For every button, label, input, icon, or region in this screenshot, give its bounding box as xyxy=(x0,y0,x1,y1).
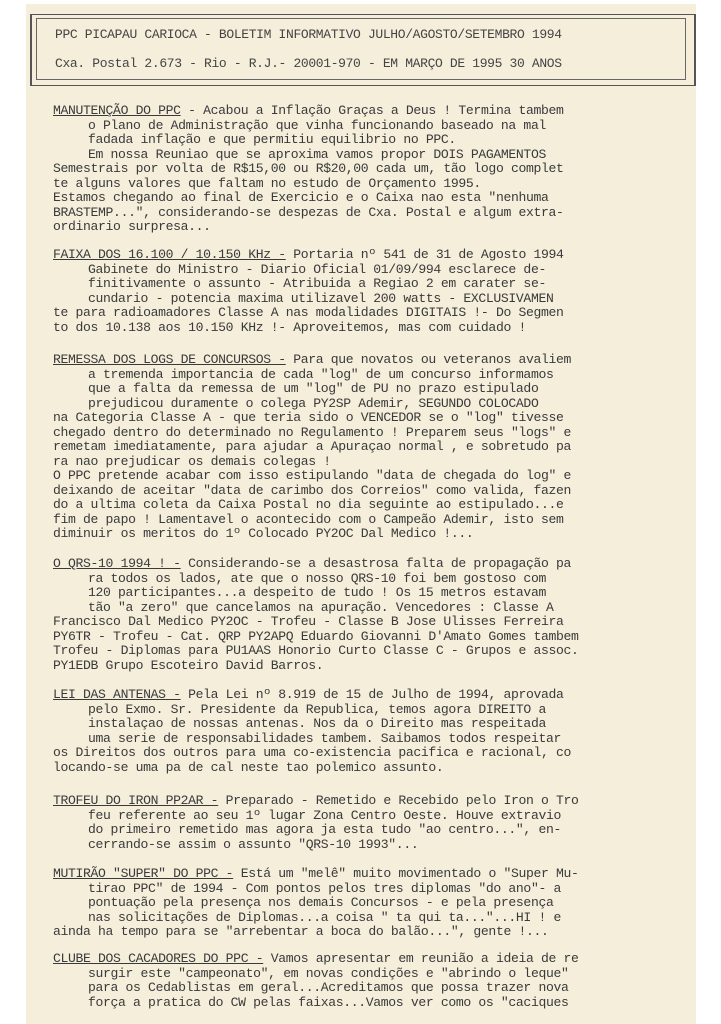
text-line: Estamos chegando ao final de Exercicio e… xyxy=(53,191,693,206)
article-section: MUTIRÃO "SUPER" DO PPC - Está um "melê" … xyxy=(53,867,693,940)
line-text: Portaria nº 541 de 31 de Agosto 1994 xyxy=(286,247,564,262)
line-text: te para radioamadores Classe A nas modal… xyxy=(53,305,564,320)
line-text: instalaçao de nossas antenas. Nos da o D… xyxy=(88,716,546,731)
text-line: diminuir os meritos do 1º Colocado PY2OC… xyxy=(53,527,693,542)
text-line: FAIXA DOS 16.100 / 10.150 KHz - Portaria… xyxy=(53,248,693,263)
line-text: surgir este "campeonato", em novas condi… xyxy=(88,966,568,981)
text-line: pontuação pela presença nos demais Concu… xyxy=(53,896,693,911)
line-text: locando-se uma pa de cal neste tao polem… xyxy=(53,760,443,775)
text-line: prejudicou duramente o colega PY2SP Adem… xyxy=(53,397,693,412)
text-line: O PPC pretende acabar com isso estipulan… xyxy=(53,469,693,484)
text-line: CLUBE DOS CACADORES DO PPC - Vamos apres… xyxy=(53,952,693,967)
line-text: uma serie de responsabilidades tambem. S… xyxy=(88,731,561,746)
text-line: uma serie de responsabilidades tambem. S… xyxy=(53,732,693,747)
text-line: te para radioamadores Classe A nas modal… xyxy=(53,306,693,321)
article-section: LEI DAS ANTENAS - Pela Lei nº 8.919 de 1… xyxy=(53,688,693,775)
line-text: nas solicitações de Diplomas...a coisa "… xyxy=(88,910,561,925)
text-line: na Categoria Classe A - que teria sido o… xyxy=(53,411,693,426)
text-line: feu referente ao seu 1º lugar Zona Centr… xyxy=(53,809,693,824)
line-text: fadada inflação e que permitiu equilibri… xyxy=(88,132,456,147)
text-line: Francisco Dal Medico PY2OC - Trofeu - Cl… xyxy=(53,615,693,630)
text-line: BRASTEMP...", considerando-se despezas d… xyxy=(53,206,693,221)
text-line: MANUTENÇÃO DO PPC - Acabou a Inflação Gr… xyxy=(53,104,693,119)
section-title: FAIXA DOS 16.100 / 10.150 KHz - xyxy=(53,247,286,262)
section-title: O QRS-10 1994 ! - xyxy=(53,556,181,571)
line-text: a tremenda importancia de cada "log" de … xyxy=(88,367,553,382)
article-section: O QRS-10 1994 ! - Considerando-se a desa… xyxy=(53,557,693,673)
line-text: o Plano de Administração que vinha funci… xyxy=(88,118,546,133)
line-text: Vamos apresentar em reunião a ideia de r… xyxy=(263,951,578,966)
text-line: nas solicitações de Diplomas...a coisa "… xyxy=(53,911,693,926)
text-line: a tremenda importancia de cada "log" de … xyxy=(53,368,693,383)
section-title: TROFEU DO IRON PP2AR - xyxy=(53,793,218,808)
line-text: na Categoria Classe A - que teria sido o… xyxy=(53,410,564,425)
line-text: feu referente ao seu 1º lugar Zona Centr… xyxy=(88,808,561,823)
section-title: MANUTENÇÃO DO PPC xyxy=(53,103,181,118)
line-text: Trofeu - Diplomas para PU1AAS Honorio Cu… xyxy=(53,643,579,658)
line-text: finitivamente o assunto - Atribuida a Re… xyxy=(88,276,546,291)
text-line: cerrando-se assim o assunto "QRS-10 1993… xyxy=(53,838,693,853)
text-line: tirao PPC" de 1994 - Com pontos pelos tr… xyxy=(53,882,693,897)
line-text: PY1EDB Grupo Escoteiro David Barros. xyxy=(53,658,323,673)
text-line: para os Cedablistas em geral...Acreditam… xyxy=(53,981,693,996)
line-text: deixando de aceitar "data de carimbo dos… xyxy=(53,483,571,498)
section-title: LEI DAS ANTENAS - xyxy=(53,687,181,702)
text-line: ordinario surpresa... xyxy=(53,220,693,235)
text-line: fadada inflação e que permitiu equilibri… xyxy=(53,133,693,148)
line-text: to dos 10.138 aos 10.150 KHz !- Aproveit… xyxy=(53,320,526,335)
line-text: Pela Lei nº 8.919 de 15 de Julho de 1994… xyxy=(181,687,564,702)
text-line: o Plano de Administração que vinha funci… xyxy=(53,119,693,134)
line-text: pontuação pela presença nos demais Concu… xyxy=(88,895,553,910)
line-text: Considerando-se a desastrosa falta de pr… xyxy=(181,556,571,571)
line-text: para os Cedablistas em geral...Acreditam… xyxy=(88,980,568,995)
line-text: do primeiro remetido mas agora ja esta t… xyxy=(88,822,561,837)
line-text: remetam imediatamente, para ajudar a Apu… xyxy=(53,439,571,454)
text-line: Em nossa Reuniao que se aproxima vamos p… xyxy=(53,148,693,163)
text-line: do a ultima coleta da Caixa Postal no di… xyxy=(53,498,693,513)
line-text: fim de papo ! Lamentavel o acontecido co… xyxy=(53,512,564,527)
text-line: finitivamente o assunto - Atribuida a Re… xyxy=(53,277,693,292)
bulletin-address: Cxa. Postal 2.673 - Rio - R.J.- 20001-97… xyxy=(55,56,562,71)
text-line: Gabinete do Ministro - Diario Oficial 01… xyxy=(53,263,693,278)
text-line: Semestrais por volta de R$15,00 ou R$20,… xyxy=(53,162,693,177)
line-text: Está um "melê" muito movimentado o "Supe… xyxy=(233,866,578,881)
line-text: que a falta da remessa de um "log" de PU… xyxy=(88,381,538,396)
text-line: te alguns valores que faltam no estudo d… xyxy=(53,177,693,192)
section-title: CLUBE DOS CACADORES DO PPC - xyxy=(53,951,263,966)
line-text: do a ultima coleta da Caixa Postal no di… xyxy=(53,497,564,512)
text-line: surgir este "campeonato", em novas condi… xyxy=(53,967,693,982)
text-line: ra nao prejudicar os demais colegas ! xyxy=(53,455,693,470)
text-line: do primeiro remetido mas agora ja esta t… xyxy=(53,823,693,838)
text-line: ainda ha tempo para se "arrebentar a boc… xyxy=(53,925,693,940)
line-text: diminuir os meritos do 1º Colocado PY2OC… xyxy=(53,526,473,541)
text-line: LEI DAS ANTENAS - Pela Lei nº 8.919 de 1… xyxy=(53,688,693,703)
section-title: REMESSA DOS LOGS DE CONCURSOS - xyxy=(53,352,286,367)
line-text: Gabinete do Ministro - Diario Oficial 01… xyxy=(88,262,546,277)
article-section: MANUTENÇÃO DO PPC - Acabou a Inflação Gr… xyxy=(53,104,693,235)
line-text: prejudicou duramente o colega PY2SP Adem… xyxy=(88,396,538,411)
section-title: MUTIRÃO "SUPER" DO PPC - xyxy=(53,866,233,881)
text-line: deixando de aceitar "data de carimbo dos… xyxy=(53,484,693,499)
line-text: BRASTEMP...", considerando-se despezas d… xyxy=(53,205,564,220)
text-line: TROFEU DO IRON PP2AR - Preparado - Remet… xyxy=(53,794,693,809)
line-text: Semestrais por volta de R$15,00 ou R$20,… xyxy=(53,161,564,176)
text-line: tão "a zero" que cancelamos na apuração.… xyxy=(53,601,693,616)
line-text: te alguns valores que faltam no estudo d… xyxy=(53,176,481,191)
line-text: pelo Exmo. Sr. Presidente da Republica, … xyxy=(88,702,546,717)
article-section: TROFEU DO IRON PP2AR - Preparado - Remet… xyxy=(53,794,693,852)
line-text: ainda ha tempo para se "arrebentar a boc… xyxy=(53,924,549,939)
text-line: MUTIRÃO "SUPER" DO PPC - Está um "melê" … xyxy=(53,867,693,882)
line-text: Estamos chegando ao final de Exercicio e… xyxy=(53,190,549,205)
text-line: cundario - potencia maxima utilizavel 20… xyxy=(53,292,693,307)
line-text: PY6TR - Trofeu - Cat. QRP PY2APQ Eduardo… xyxy=(53,629,579,644)
line-text: força a pratica do CW pelas faixas...Vam… xyxy=(88,995,568,1010)
text-line: fim de papo ! Lamentavel o acontecido co… xyxy=(53,513,693,528)
line-text: Preparado - Remetido e Recebido pelo Iro… xyxy=(218,793,578,808)
text-line: pelo Exmo. Sr. Presidente da Republica, … xyxy=(53,703,693,718)
article-section: CLUBE DOS CACADORES DO PPC - Vamos apres… xyxy=(53,952,693,1010)
text-line: to dos 10.138 aos 10.150 KHz !- Aproveit… xyxy=(53,321,693,336)
bulletin-title: PPC PICAPAU CARIOCA - BOLETIM INFORMATIV… xyxy=(55,27,562,42)
line-text: ordinario surpresa... xyxy=(53,219,211,234)
text-line: REMESSA DOS LOGS DE CONCURSOS - Para que… xyxy=(53,353,693,368)
text-line: Trofeu - Diplomas para PU1AAS Honorio Cu… xyxy=(53,644,693,659)
line-text: Em nossa Reuniao que se aproxima vamos p… xyxy=(88,147,546,162)
line-text: os Direitos dos outros para uma co-exist… xyxy=(53,745,571,760)
text-line: chegado dentro do determinado no Regulam… xyxy=(53,426,693,441)
line-text: cerrando-se assim o assunto "QRS-10 1993… xyxy=(88,837,418,852)
line-text: tão "a zero" que cancelamos na apuração.… xyxy=(88,600,553,615)
text-line: instalaçao de nossas antenas. Nos da o D… xyxy=(53,717,693,732)
text-line: ra todos os lados, ate que o nosso QRS-1… xyxy=(53,572,693,587)
text-line: que a falta da remessa de um "log" de PU… xyxy=(53,382,693,397)
text-line: remetam imediatamente, para ajudar a Apu… xyxy=(53,440,693,455)
line-text: Para que novatos ou veteranos avaliem xyxy=(286,352,571,367)
line-text: O PPC pretende acabar com isso estipulan… xyxy=(53,468,571,483)
text-line: locando-se uma pa de cal neste tao polem… xyxy=(53,761,693,776)
line-text: ra nao prejudicar os demais colegas ! xyxy=(53,454,331,469)
line-text: Francisco Dal Medico PY2OC - Trofeu - Cl… xyxy=(53,614,564,629)
line-text: chegado dentro do determinado no Regulam… xyxy=(53,425,571,440)
text-line: O QRS-10 1994 ! - Considerando-se a desa… xyxy=(53,557,693,572)
line-text: 120 participantes...a despeito de tudo !… xyxy=(88,585,546,600)
article-section: FAIXA DOS 16.100 / 10.150 KHz - Portaria… xyxy=(53,248,693,335)
line-text: - Acabou a Inflação Graças a Deus ! Term… xyxy=(181,103,564,118)
text-line: força a pratica do CW pelas faixas...Vam… xyxy=(53,996,693,1011)
text-line: 120 participantes...a despeito de tudo !… xyxy=(53,586,693,601)
line-text: ra todos os lados, ate que o nosso QRS-1… xyxy=(88,571,546,586)
article-section: REMESSA DOS LOGS DE CONCURSOS - Para que… xyxy=(53,353,693,542)
line-text: cundario - potencia maxima utilizavel 20… xyxy=(88,291,553,306)
text-line: os Direitos dos outros para uma co-exist… xyxy=(53,746,693,761)
text-line: PY1EDB Grupo Escoteiro David Barros. xyxy=(53,659,693,674)
text-line: PY6TR - Trofeu - Cat. QRP PY2APQ Eduardo… xyxy=(53,630,693,645)
bulletin-page: PPC PICAPAU CARIOCA - BOLETIM INFORMATIV… xyxy=(0,0,721,1024)
line-text: tirao PPC" de 1994 - Com pontos pelos tr… xyxy=(88,881,561,896)
